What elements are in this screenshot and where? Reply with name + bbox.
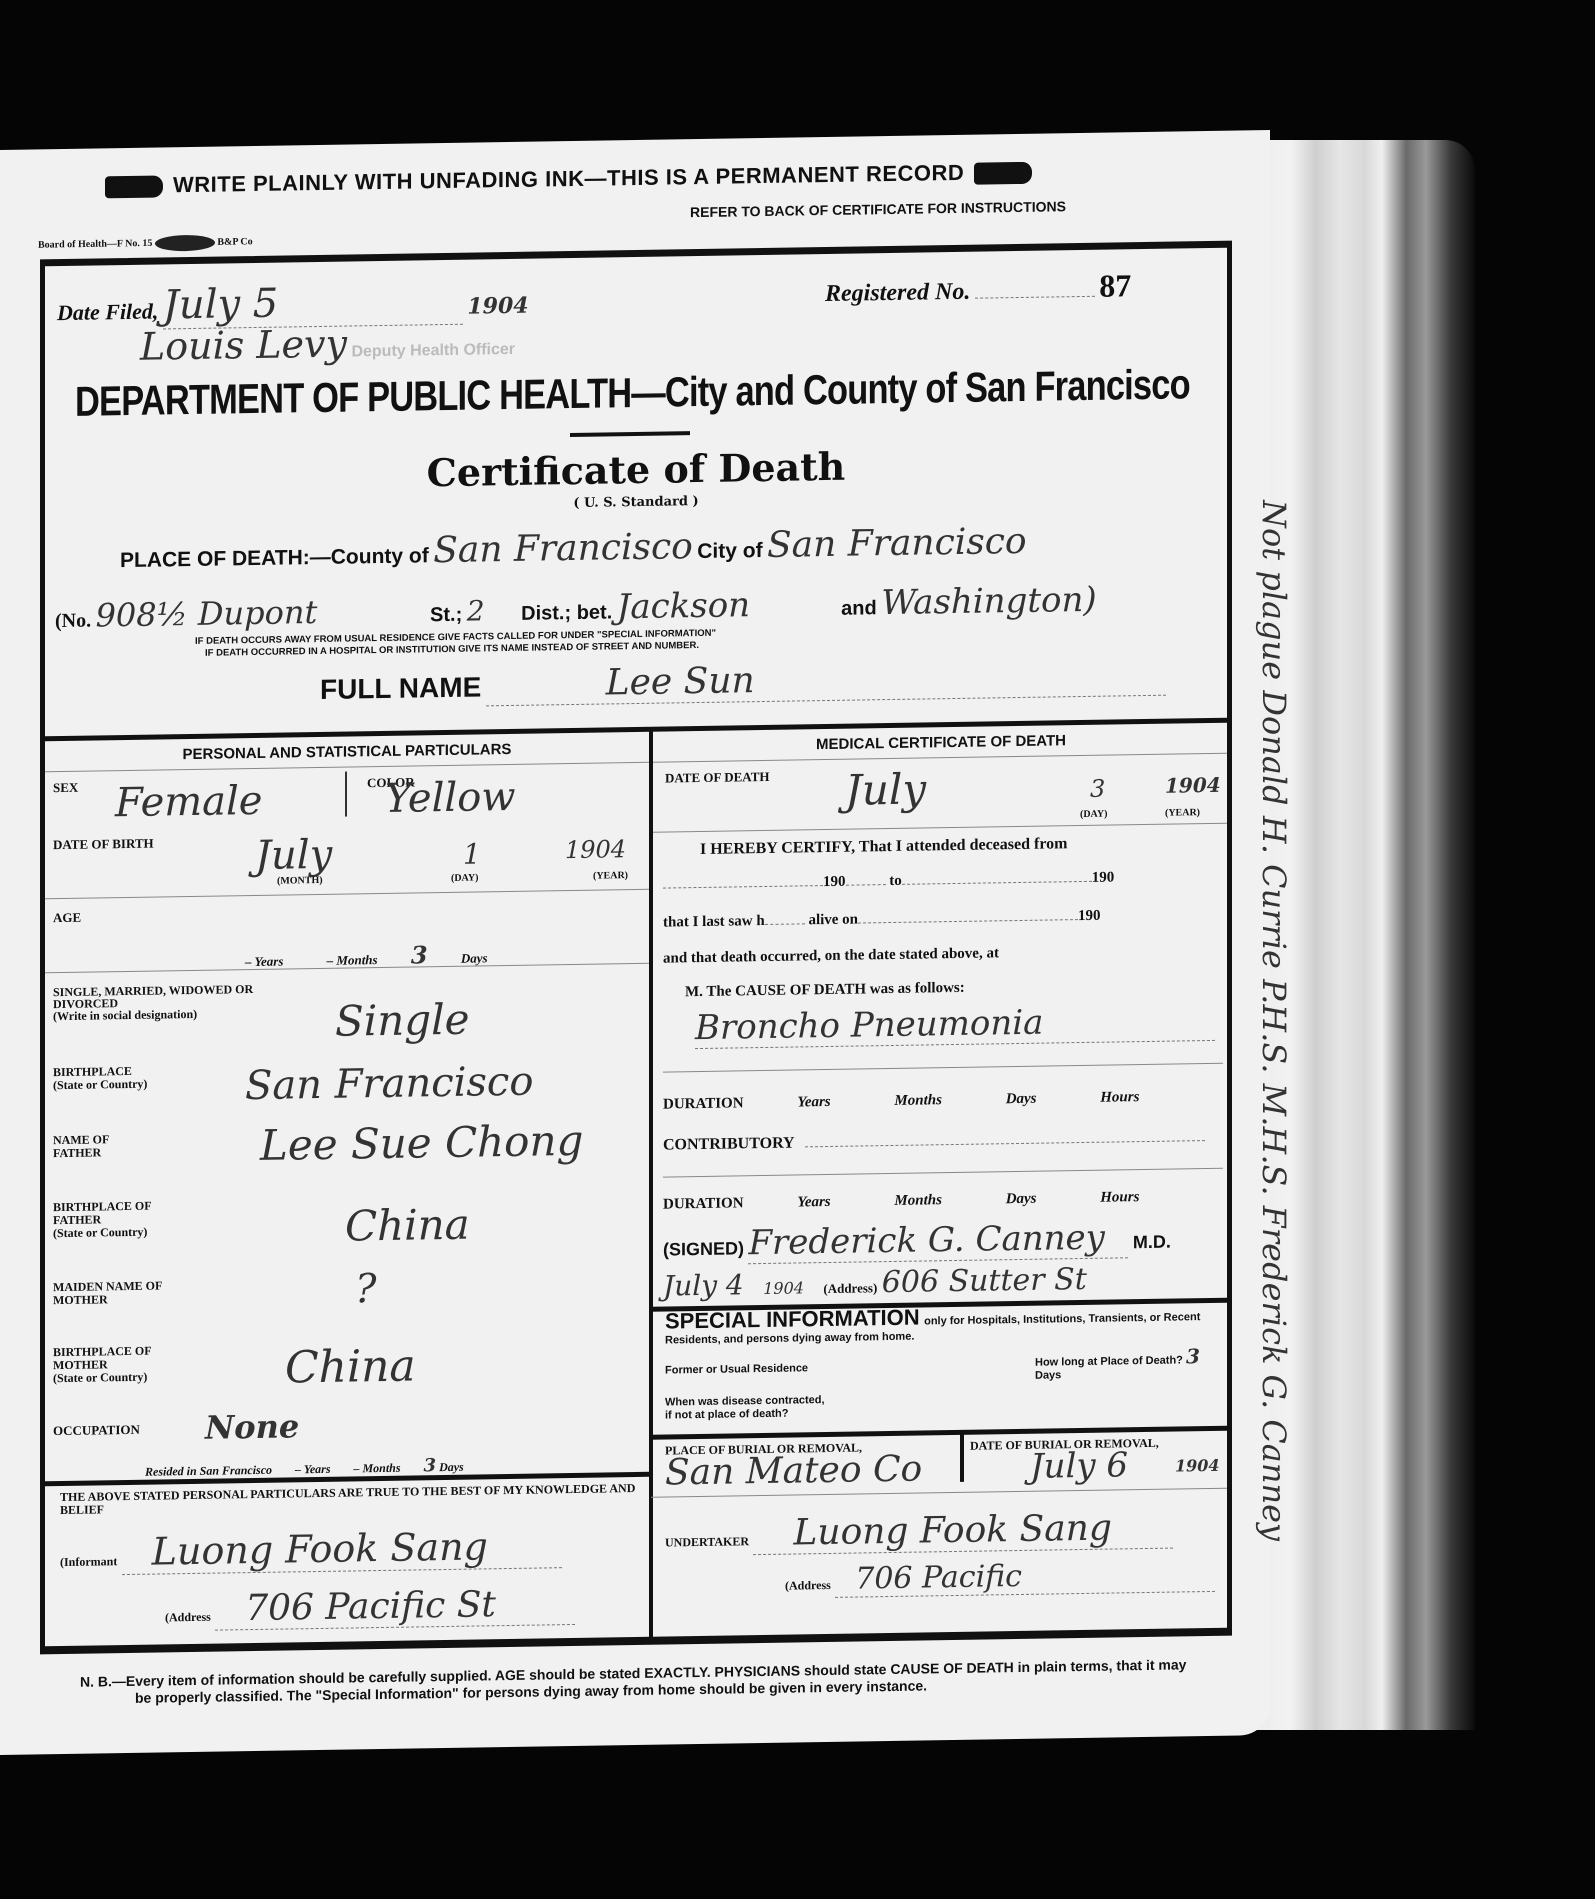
pointing-hand-icon [974, 162, 1032, 185]
cause-of-death: Broncho Pneumonia [695, 1000, 1215, 1049]
duration-2: DURATION Years Months Days Hours [663, 1189, 1139, 1213]
registered-number: Registered No. 87 [825, 267, 1131, 309]
footnote: N. B.—Every item of information should b… [80, 1656, 1195, 1708]
occupation-value: None [205, 1407, 299, 1446]
physician-signature: (SIGNED) Frederick G. Canney M.D. [663, 1217, 1171, 1266]
personal-heading: PERSONAL AND STATISTICAL PARTICULARS [45, 739, 649, 765]
printer-seal-icon [155, 235, 215, 252]
refer-instructions: REFER TO BACK OF CERTIFICATE FOR INSTRUC… [690, 198, 1066, 220]
city-value: San Francisco [767, 521, 1027, 566]
pointing-hand-icon [105, 176, 163, 199]
registered-number-value: 87 [1099, 267, 1131, 304]
dob-month: July [255, 832, 332, 879]
father-birthplace: China [345, 1200, 470, 1251]
father-name: Lee Sue Chong [260, 1116, 583, 1170]
mother-maiden-name: ? [355, 1266, 376, 1312]
color-value: Yellow [385, 774, 516, 822]
medical-heading: MEDICAL CERTIFICATE OF DEATH [655, 730, 1227, 756]
dod-year: 1904 [1165, 773, 1221, 798]
registrar-signature: Louis Levy Deputy Health Officer [140, 319, 515, 369]
duration-1: DURATION Years Months Days Hours [663, 1089, 1139, 1113]
marital-value: Single [335, 995, 469, 1046]
full-name: FULL NAME Lee Sun [320, 654, 1166, 709]
permanent-record-banner: WRITE PLAINLY WITH UNFADING INK—THIS IS … [95, 159, 1042, 200]
county-value: San Francisco [433, 526, 693, 571]
informant-address: (Address 706 Pacific St [165, 1583, 575, 1631]
place-of-death: PLACE OF DEATH:—County of San Francisco … [120, 521, 1027, 576]
burial-date: July 6 [1030, 1445, 1128, 1487]
margin-note: Not plague Donald H. Currie P.H.S. M.H.S… [1255, 500, 1293, 1542]
sex-value: Female [115, 778, 262, 826]
certificate-frame: Date Filed, July 5 1904 Registered No. 8… [40, 241, 1232, 1655]
street-address: (No. 908½ Dupont St.; 2 Dist.; bet. Jack… [55, 580, 1097, 636]
column-divider [649, 729, 653, 1639]
marital-label: SINGLE, MARRIED, WIDOWED OR DIVORCED (Wr… [53, 983, 283, 1023]
birthplace-value: San Francisco [245, 1059, 533, 1110]
department-heading: DEPARTMENT OF PUBLIC HEALTH—City and Cou… [75, 363, 1010, 426]
undertaker-address: (Address 706 Pacific [785, 1556, 1215, 1599]
dod-day: 3 [1090, 775, 1105, 803]
special-information: SPECIAL INFORMATION only for Hospitals, … [665, 1306, 1225, 1348]
dob-year: 1904 [565, 835, 626, 864]
dod-month: July [845, 764, 926, 814]
dob-day: 1 [463, 837, 481, 870]
informant: (Informant Luong Fook Sang [60, 1523, 562, 1576]
death-certificate-page: WRITE PLAINLY WITH UNFADING INK—THIS IS … [0, 130, 1270, 1755]
mother-birthplace: China [285, 1340, 416, 1393]
divider [570, 431, 690, 437]
burial-place: San Mateo Co [665, 1449, 922, 1494]
full-name-value: Lee Sun [486, 654, 1166, 707]
form-number: Board of Health—F No. 15 B&P Co [38, 234, 253, 253]
undertaker: UNDERTAKER Luong Fook Sang [665, 1507, 1173, 1557]
physician-address: July 4 1904 (Address) 606 Sutter St [663, 1262, 1087, 1304]
